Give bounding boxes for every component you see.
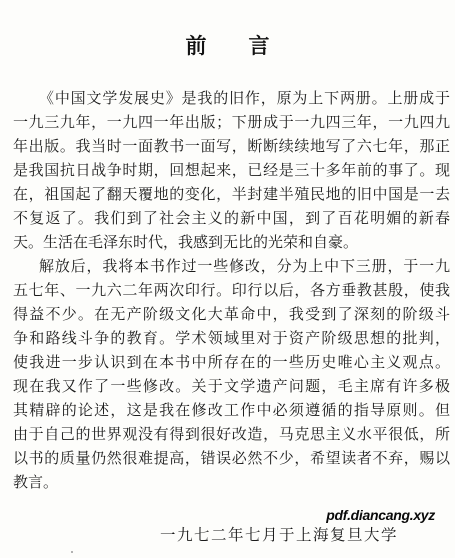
text-line: 天。生活在毛泽东时代，我感到无比的光荣和自豪。 xyxy=(13,231,450,255)
text-line: 在，祖国起了翻天覆地的变化，半封建半殖民地的旧中国是一去 xyxy=(13,183,450,207)
text-line: 教言。 xyxy=(13,471,450,495)
text-line: 五七年、一九六二年两次印行。印行以后，各方垂教甚殷，使我 xyxy=(13,279,450,303)
book-page: 前 言 《中国文学发展史》是我的旧作，原为上下两册。上册成于一九三九年，一九四一… xyxy=(0,0,455,558)
text-line: 《中国文学发展史》是我的旧作，原为上下两册。上册成于 xyxy=(13,87,450,111)
text-line: 使我进一步认识到在本书中所存在的一些历史唯心主义观点。 xyxy=(13,351,450,375)
preface-body: 《中国文学发展史》是我的旧作，原为上下两册。上册成于一九三九年，一九四一年出版；… xyxy=(13,87,450,495)
text-line: 一九三九年，一九四一年出版；下册成于一九四三年，一九四九 xyxy=(13,111,450,135)
text-line: 由于自己的世界观没有得到很好改造，马克思主义水平很低，所 xyxy=(13,423,450,447)
page-title: 前 言 xyxy=(0,30,455,60)
text-line: 现在我又作了一些修改。关于文学遗产问题，毛主席有许多极 xyxy=(13,375,450,399)
text-line: 争和路线斗争的教育。学术领域里对于资产阶级思想的批判， xyxy=(13,327,450,351)
dateline: 一九七二年七月于上海复旦大学 xyxy=(0,523,455,545)
text-line: 其精辟的论述，这是我在修改工作中必须遵循的指导原则。但 xyxy=(13,399,450,423)
text-line: 解放后，我将本书作过一些修改，分为上中下三册，于一九 xyxy=(13,255,450,279)
watermark: pdf.diancang.xyz xyxy=(326,507,435,523)
text-line: 是我国抗日战争时期，回想起来，已经是三十多年前的事了。现 xyxy=(13,159,450,183)
scan-speck xyxy=(71,551,73,553)
text-line: 不复返了。我们到了社会主义的新中国，到了百花明媚的新春 xyxy=(13,207,450,231)
text-line: 得益不少。在无产阶级文化大革命中，我受到了深刻的阶级斗 xyxy=(13,303,450,327)
text-line: 以书的质量仍然很难提高，错误必然不少，希望读者不弃，赐以 xyxy=(13,447,450,471)
text-line: 年出版。我当时一面教书一面写，断断续续地写了六七年，那正 xyxy=(13,135,450,159)
